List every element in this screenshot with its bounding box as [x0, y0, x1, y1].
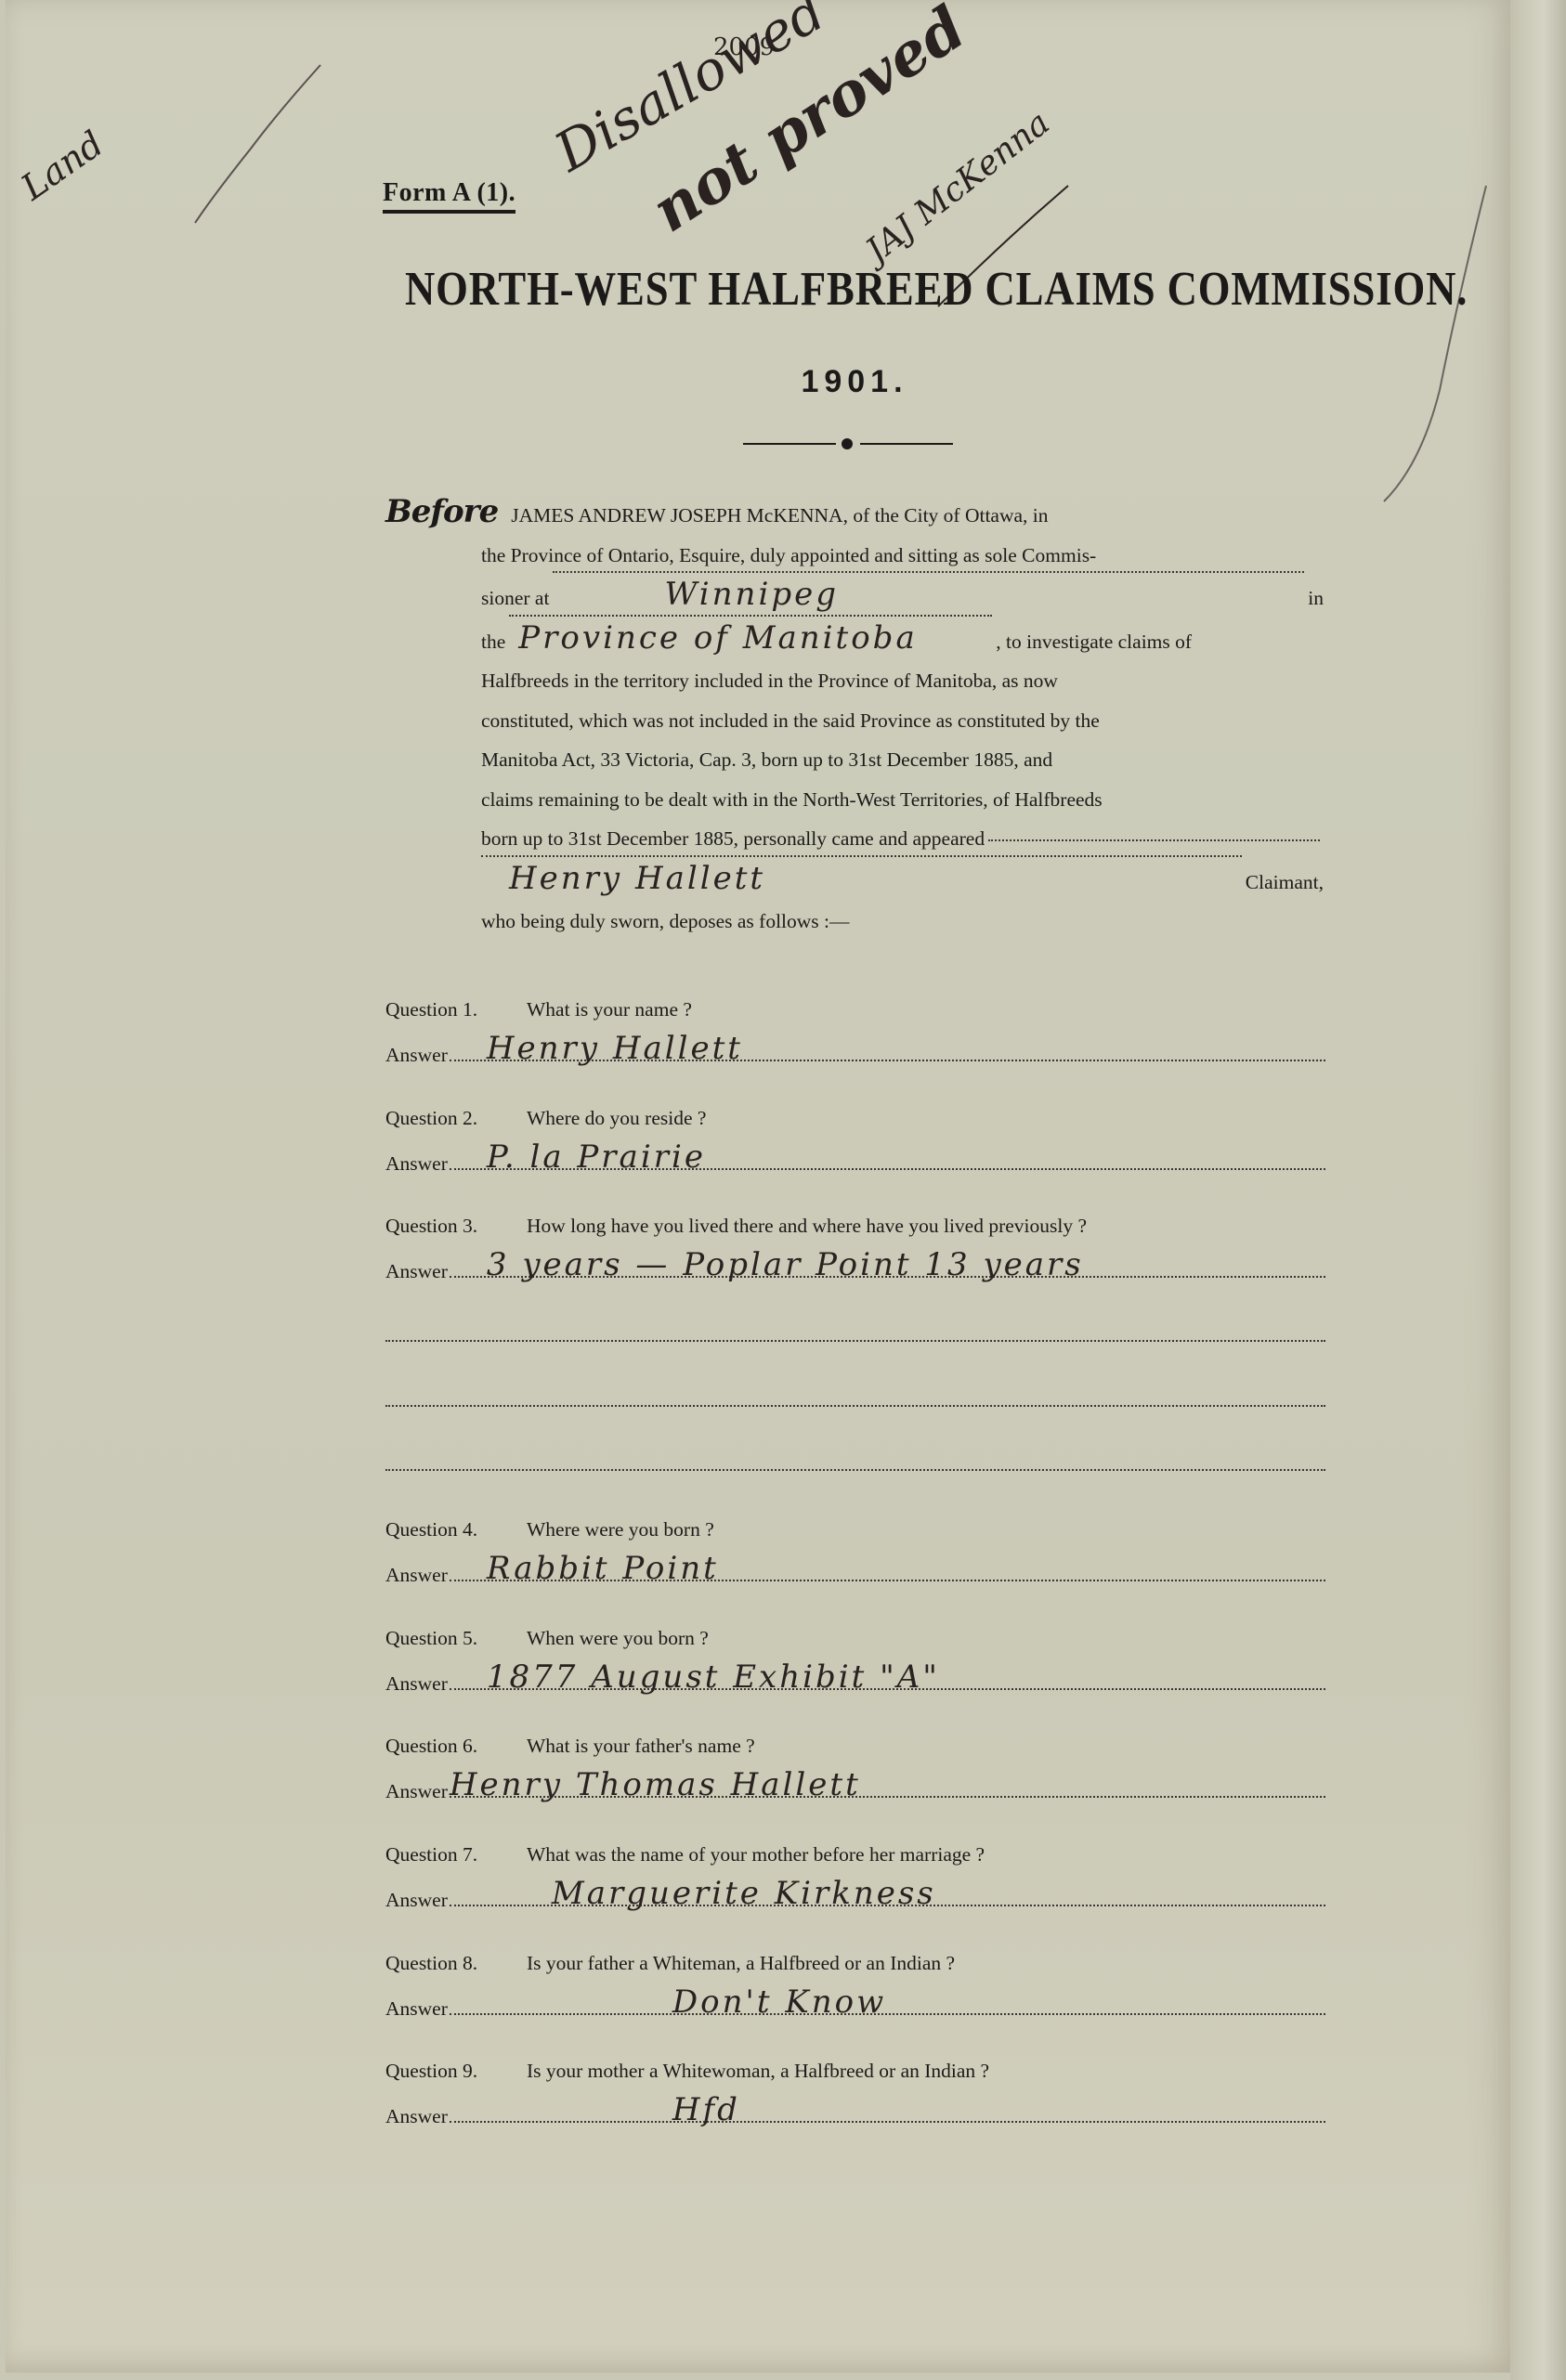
question-5: Question 5.When were you born ? — [385, 1627, 709, 1650]
preamble-line-9: born up to 31st December 1885, personall… — [385, 819, 1324, 859]
answer-label: Answer — [385, 1889, 448, 1912]
question-text: What is your father's name ? — [527, 1735, 755, 1757]
answer-value: Henry Thomas Hallett — [450, 1766, 861, 1798]
form-label: Form A (1). — [383, 178, 515, 214]
preamble-text: Manitoba Act, 33 Victoria, Cap. 3, born … — [481, 740, 1052, 780]
question-number: Question 7. — [385, 1843, 527, 1866]
preamble-line-7: Manitoba Act, 33 Victoria, Cap. 3, born … — [385, 740, 1324, 780]
claimant-field[interactable]: Henry Hallett — [481, 855, 1242, 857]
answer-value: Rabbit Point — [487, 1550, 719, 1581]
preamble-text: JAMES ANDREW JOSEPH McKENNA, of the City… — [511, 496, 1324, 536]
question-1: Question 1.What is your name ? — [385, 998, 692, 1021]
answer-label: Answer — [385, 1780, 448, 1803]
preamble-text: in — [1308, 579, 1324, 618]
preamble-line-5: Halfbreeds in the territory included in … — [385, 661, 1324, 701]
question-9: Question 9.Is your mother a Whitewoman, … — [385, 2060, 989, 2083]
answer-5: Answer1877 August Exhibit "A" — [385, 1664, 1325, 1696]
preamble-text: Halfbreeds in the territory included in … — [481, 661, 1058, 701]
answer-label: Answer — [385, 1672, 448, 1696]
answer-label: Answer — [385, 1997, 448, 2021]
answer-value: Don't Know — [672, 1983, 886, 2015]
question-text: What was the name of your mother before … — [527, 1843, 985, 1866]
preamble-text: sioner at — [481, 579, 549, 618]
answer-3: Answer3 years — Poplar Point 13 years — [385, 1252, 1325, 1283]
before-word: Before — [385, 492, 498, 532]
question-text: Is your mother a Whitewoman, a Halfbreed… — [527, 2060, 989, 2082]
document-title: NORTH-WEST HALFBREED CLAIMS COMMISSION. — [405, 262, 1188, 317]
answer-value: 3 years — Poplar Point 13 years — [487, 1246, 1084, 1278]
blank-answer-line[interactable] — [385, 1405, 1325, 1407]
preamble-text: the Province of Ontario, Esquire, duly a… — [481, 536, 1096, 576]
preamble-text: born up to 31st December 1885, personall… — [481, 819, 985, 859]
document-year: 1901. — [762, 364, 947, 400]
ornament-divider — [743, 442, 953, 446]
answer-value: Hfd — [672, 2091, 740, 2123]
location-value: Winnipeg — [664, 576, 839, 613]
question-text: Where do you reside ? — [527, 1107, 706, 1129]
sworn-line: who being duly sworn, deposes as follows… — [385, 902, 1324, 942]
question-4: Question 4.Where were you born ? — [385, 1518, 714, 1541]
question-number: Question 1. — [385, 998, 527, 1021]
question-text: Where were you born ? — [527, 1518, 714, 1541]
question-7: Question 7.What was the name of your mot… — [385, 1843, 985, 1866]
answer-9: AnswerHfd — [385, 2097, 1325, 2128]
province-value: Province of Manitoba — [518, 619, 917, 657]
question-text: Is your father a Whiteman, a Halfbreed o… — [527, 1952, 955, 1974]
answer-label: Answer — [385, 1564, 448, 1587]
question-number: Question 8. — [385, 1952, 527, 1975]
question-number: Question 5. — [385, 1627, 527, 1650]
answer-field[interactable]: Marguerite Kirkness — [450, 1880, 1325, 1906]
answer-value: Marguerite Kirkness — [552, 1875, 936, 1906]
question-number: Question 2. — [385, 1107, 527, 1130]
answer-6: AnswerHenry Thomas Hallett — [385, 1772, 1325, 1803]
preamble-line-1: Before JAMES ANDREW JOSEPH McKENNA, of t… — [385, 492, 1324, 536]
question-number: Question 9. — [385, 2060, 527, 2083]
question-8: Question 8.Is your father a Whiteman, a … — [385, 1952, 955, 1975]
question-number: Question 4. — [385, 1518, 527, 1541]
question-number: Question 3. — [385, 1215, 527, 1238]
preamble: Before JAMES ANDREW JOSEPH McKENNA, of t… — [385, 492, 1324, 942]
question-2: Question 2.Where do you reside ? — [385, 1107, 706, 1130]
preamble-text: who being duly sworn, deposes as follows… — [481, 902, 850, 942]
appeared-field[interactable] — [988, 839, 1320, 841]
province-line: the Province of Manitoba , to investigat… — [385, 618, 1324, 662]
question-6: Question 6.What is your father's name ? — [385, 1735, 755, 1758]
question-3: Question 3.How long have you lived there… — [385, 1215, 1087, 1238]
question-text: How long have you lived there and where … — [527, 1215, 1087, 1237]
answer-8: AnswerDon't Know — [385, 1989, 1325, 2021]
answer-field[interactable]: Henry Thomas Hallett — [450, 1772, 1325, 1798]
preamble-text: the — [481, 622, 505, 662]
province-field[interactable]: Province of Manitoba — [509, 615, 992, 617]
answer-1: AnswerHenry Hallett — [385, 1035, 1325, 1067]
answer-value: 1877 August Exhibit "A" — [487, 1658, 940, 1690]
answer-2: AnswerP. la Prairie — [385, 1144, 1325, 1176]
preamble-line-8: claims remaining to be dealt with in the… — [385, 780, 1324, 820]
answer-7: AnswerMarguerite Kirkness — [385, 1880, 1325, 1912]
location-field[interactable]: Winnipeg — [553, 571, 1304, 573]
answer-field[interactable]: 3 years — Poplar Point 13 years — [450, 1252, 1325, 1278]
answer-label: Answer — [385, 1152, 448, 1176]
question-text: When were you born ? — [527, 1627, 709, 1649]
answer-value: P. la Prairie — [487, 1138, 706, 1170]
claimant-line: Henry Hallett Claimant, — [385, 859, 1324, 903]
preamble-text: constituted, which was not included in t… — [481, 701, 1100, 741]
answer-4: AnswerRabbit Point — [385, 1555, 1325, 1587]
preamble-line-2: the Province of Ontario, Esquire, duly a… — [385, 536, 1324, 576]
blank-answer-line[interactable] — [385, 1469, 1325, 1471]
blank-answer-line[interactable] — [385, 1340, 1325, 1342]
question-number: Question 6. — [385, 1735, 527, 1758]
answer-label: Answer — [385, 2105, 448, 2128]
answer-field[interactable]: 1877 August Exhibit "A" — [450, 1664, 1325, 1690]
question-text: What is your name ? — [527, 998, 692, 1021]
answer-field[interactable]: Hfd — [450, 2097, 1325, 2123]
preamble-text: , to investigate claims of — [996, 622, 1192, 662]
answer-value: Henry Hallett — [487, 1030, 743, 1061]
answer-label: Answer — [385, 1260, 448, 1283]
answer-field[interactable]: Don't Know — [450, 1989, 1325, 2015]
claimant-label: Claimant, — [1246, 863, 1324, 903]
preamble-line-6: constituted, which was not included in t… — [385, 701, 1324, 741]
answer-field[interactable]: P. la Prairie — [450, 1144, 1325, 1170]
claimant-value: Henry Hallett — [509, 860, 765, 897]
answer-field[interactable]: Henry Hallett — [450, 1035, 1325, 1061]
answer-label: Answer — [385, 1044, 448, 1067]
answer-field[interactable]: Rabbit Point — [450, 1555, 1325, 1581]
preamble-text: claims remaining to be dealt with in the… — [481, 780, 1103, 820]
commissioner-location-line: sioner at Winnipeg in — [385, 575, 1324, 618]
